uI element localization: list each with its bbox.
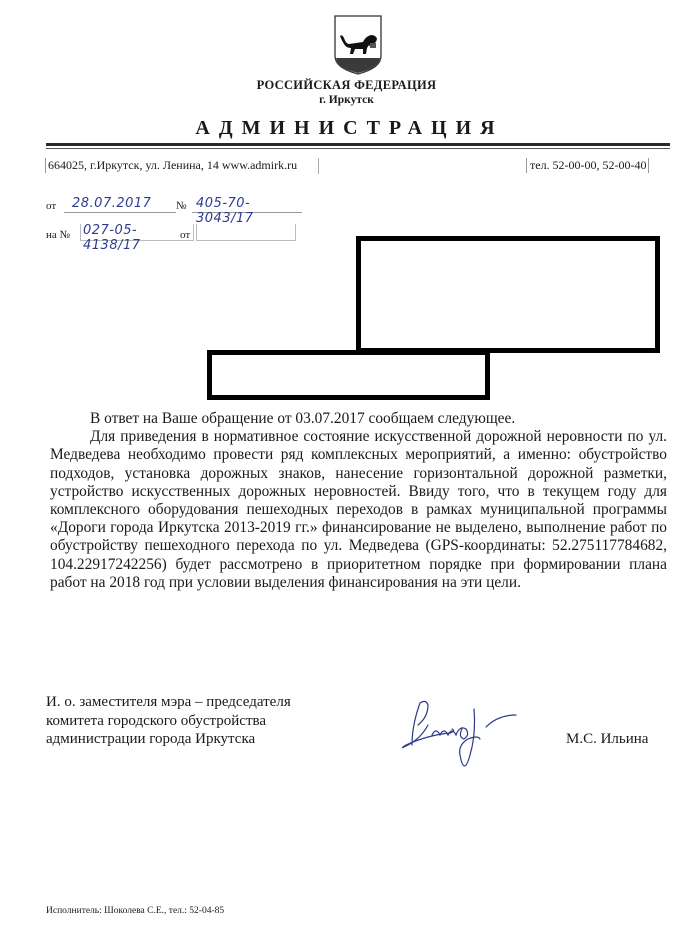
signatory-title-line: комитета городского обустройства [46, 712, 291, 731]
outgoing-date-field: 28.07.2017 [64, 196, 176, 213]
coat-of-arms-icon [333, 14, 383, 76]
date-label: от [46, 200, 56, 212]
outgoing-date-value: 28.07.2017 [72, 196, 151, 211]
signatory-title: И. о. заместителя мэра – председателя ко… [46, 693, 291, 749]
header-divider-thin [46, 148, 670, 149]
recipient-name-redaction [207, 350, 490, 400]
reply-to-label: на № [46, 229, 70, 241]
city-heading: г. Иркутск [0, 94, 693, 106]
signatory-title-line: И. о. заместителя мэра – председателя [46, 693, 291, 712]
number-label: № [176, 200, 187, 212]
outgoing-number-field: 405-70-3043/17 [192, 196, 302, 213]
body-paragraph: В ответ на Ваше обращение от 03.07.2017 … [50, 410, 667, 428]
reply-to-number-field: 027-05-4138/17 [80, 224, 194, 241]
executor-info: Исполнитель: Шоколева С.Е., тел.: 52-04-… [46, 906, 224, 916]
handwritten-signature-icon [398, 695, 528, 780]
reply-date-field [196, 224, 296, 241]
reply-to-number-value: 027-05-4138/17 [83, 223, 193, 253]
reply-date-label: от [180, 229, 190, 241]
organization-title: АДМИНИСТРАЦИЯ [0, 117, 693, 140]
header-divider-thick [46, 143, 670, 146]
recipient-address-redaction [356, 236, 660, 353]
organization-phones: тел. 52-00-00, 52-00-40 [526, 158, 649, 173]
address-separator [318, 158, 319, 174]
outgoing-number-value: 405-70-3043/17 [196, 196, 302, 226]
letter-body: В ответ на Ваше обращение от 03.07.2017 … [50, 410, 667, 592]
organization-address: 664025, г.Иркутск, ул. Ленина, 14 www.ad… [45, 158, 297, 173]
body-paragraph: Для приведения в нормативное состояние и… [50, 428, 667, 592]
signatory-title-line: администрации города Иркутска [46, 730, 291, 749]
country-heading: РОССИЙСКАЯ ФЕДЕРАЦИЯ [0, 78, 693, 93]
signatory-name: М.С. Ильина [566, 731, 648, 748]
